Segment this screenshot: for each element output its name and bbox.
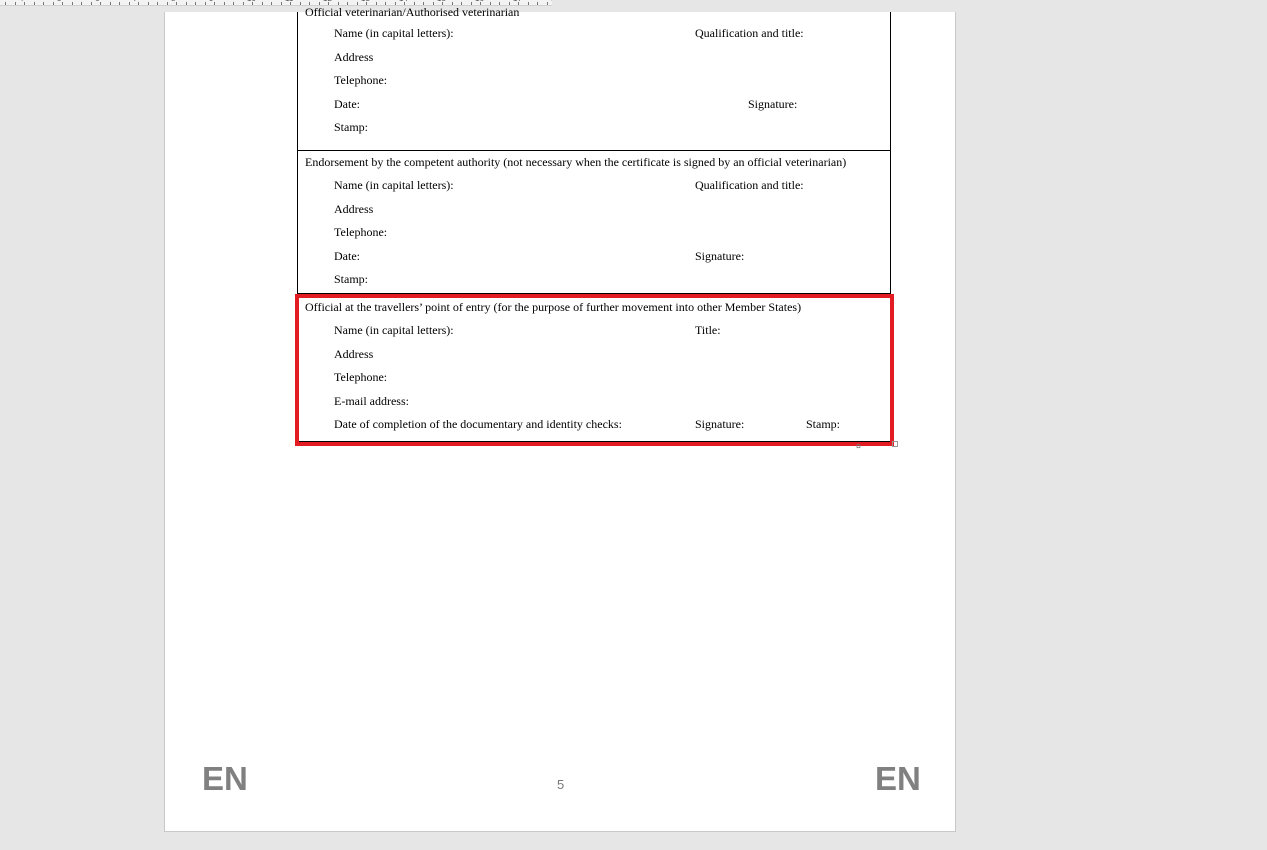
telephone-row: Telephone: (334, 225, 890, 241)
signature-label: Signature: (748, 97, 797, 112)
date-label: Date: (334, 97, 360, 112)
name-row: Name (in capital letters): Title: (334, 323, 890, 339)
ruler-tick (138, 2, 139, 5)
email-label: E-mail address: (334, 394, 409, 409)
language-label-left: EN (202, 760, 248, 798)
stamp-row: Stamp: (334, 272, 890, 288)
date-row: Date: Signature: (334, 97, 890, 113)
ruler-tick (252, 2, 253, 5)
ruler-tick (157, 2, 158, 5)
ruler-tick (81, 2, 82, 5)
name-label: Name (in capital letters): (334, 178, 454, 193)
qualification-label: Qualification and title: (695, 26, 804, 41)
ruler-tick (281, 2, 282, 5)
name-label: Name (in capital letters): (334, 323, 454, 338)
ruler-tick (15, 2, 16, 5)
completion-date-label: Date of completion of the documentary an… (334, 417, 622, 432)
ruler-tick (224, 2, 225, 5)
date-row: Date: Signature: (334, 249, 890, 265)
ruler-label: 18 (551, 0, 552, 3)
name-label: Name (in capital letters): (334, 26, 454, 41)
page-number: 5 (557, 777, 564, 792)
address-row: Address (334, 347, 890, 363)
ruler-tick (547, 2, 548, 5)
section-official-veterinarian: Official veterinarian/Authorised veterin… (298, 12, 890, 151)
ruler-tick (5, 2, 6, 5)
ruler-tick (195, 2, 196, 5)
section-heading: Official veterinarian/Authorised veterin… (305, 5, 519, 20)
ruler-tick (271, 2, 272, 5)
section-competent-authority-endorsement: Endorsement by the competent authority (… (298, 151, 890, 294)
ruler-tick (537, 2, 538, 5)
ruler-label: 8 (171, 0, 175, 3)
document-page: Official veterinarian/Authorised veterin… (164, 12, 956, 832)
ruler-tick (205, 2, 206, 5)
ruler-tick (186, 2, 187, 5)
ruler-label: 5 (57, 0, 61, 3)
ruler-tick (24, 2, 25, 5)
section-heading: Official at the travellers’ point of ent… (305, 300, 801, 315)
ruler-tick (72, 2, 73, 5)
ruler-tick (233, 2, 234, 5)
ruler-label: 6 (95, 0, 99, 3)
ruler-tick (262, 2, 263, 5)
telephone-label: Telephone: (334, 370, 387, 385)
ruler-tick (300, 2, 301, 5)
ruler-tick (43, 2, 44, 5)
ruler-tick (62, 2, 63, 5)
stamp-label: Stamp: (806, 417, 840, 432)
section-heading: Endorsement by the competent authority (… (305, 155, 846, 170)
ruler-label: 9 (209, 0, 213, 3)
ruler-label: 7 (133, 0, 137, 3)
telephone-row: Telephone: (334, 73, 890, 89)
stamp-row: Stamp: (334, 120, 890, 136)
stamp-label: Stamp: (334, 120, 368, 135)
language-label-right: EN (875, 760, 921, 798)
ruler-tick (53, 2, 54, 5)
name-row: Name (in capital letters): Qualification… (334, 178, 890, 194)
ruler-tick (91, 2, 92, 5)
ruler-tick (34, 2, 35, 5)
qualification-label: Qualification and title: (695, 178, 804, 193)
completion-date-row: Date of completion of the documentary an… (334, 417, 890, 433)
ruler-tick (528, 2, 529, 5)
address-label: Address (334, 347, 373, 362)
section-point-of-entry-official: Official at the travellers’ point of ent… (298, 294, 890, 442)
address-label: Address (334, 202, 373, 217)
ruler-tick (176, 2, 177, 5)
ruler-tick (214, 2, 215, 5)
telephone-label: Telephone: (334, 73, 387, 88)
ruler-tick (119, 2, 120, 5)
ruler-tick (129, 2, 130, 5)
telephone-label: Telephone: (334, 225, 387, 240)
ruler-label: 4 (19, 0, 23, 3)
end-of-cell-mark: ¤ (856, 441, 861, 451)
title-label: Title: (695, 323, 721, 338)
signature-label: Signature: (695, 417, 744, 432)
stamp-label: Stamp: (334, 272, 368, 287)
certificate-signature-table: Official veterinarian/Authorised veterin… (297, 12, 891, 442)
ruler-tick (148, 2, 149, 5)
ruler-tick (243, 2, 244, 5)
signature-label: Signature: (695, 249, 744, 264)
ruler-tick (100, 2, 101, 5)
address-label: Address (334, 50, 373, 65)
date-label: Date: (334, 249, 360, 264)
address-row: Address (334, 202, 890, 218)
ruler-tick (290, 2, 291, 5)
ruler-tick (110, 2, 111, 5)
ruler-tick (167, 2, 168, 5)
telephone-row: Telephone: (334, 370, 890, 386)
table-resize-handle[interactable] (892, 441, 898, 447)
name-row: Name (in capital letters): Qualification… (334, 26, 890, 42)
address-row: Address (334, 50, 890, 66)
email-row: E-mail address: (334, 394, 890, 410)
